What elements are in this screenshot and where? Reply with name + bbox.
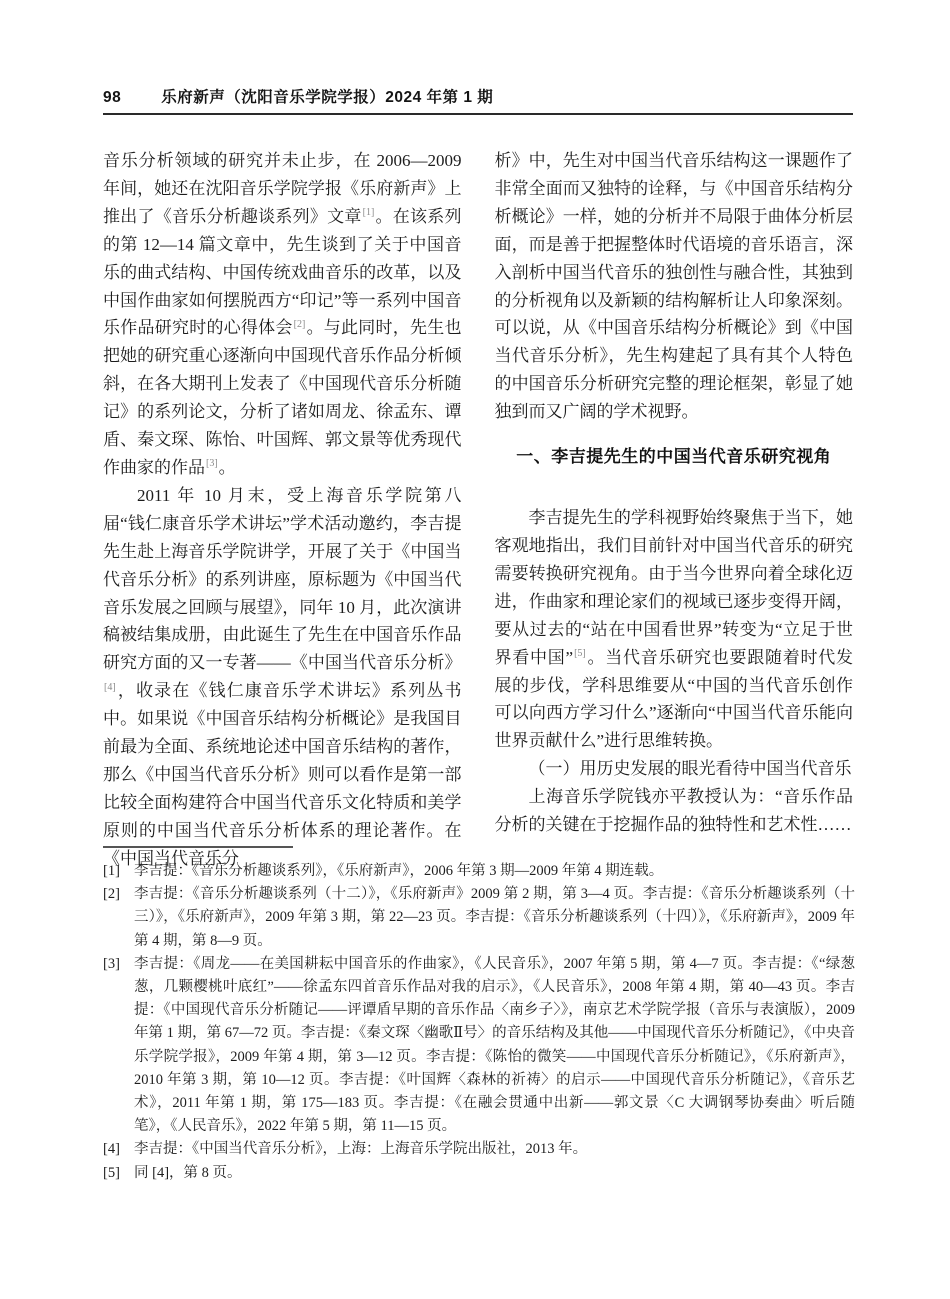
right-column: 析》中，先生对中国当代音乐结构这一课题作了非常全面而又独特的诠释，与《中国音乐结… <box>495 147 854 873</box>
footnote-marker: [4] <box>103 1138 120 1161</box>
footnote-item: [1] 李吉提：《音乐分析趣谈系列》，《乐府新声》，2006 年第 3 期—20… <box>103 860 855 883</box>
article-body: 音乐分析领域的研究并未止步，在 2006—2009 年间，她还在沈阳音乐学院学报… <box>103 147 853 873</box>
left-column: 音乐分析领域的研究并未止步，在 2006—2009 年间，她还在沈阳音乐学院学报… <box>103 147 462 873</box>
journal-page: 98 乐府新声（沈阳音乐学院学报）2024 年第 1 期 音乐分析领域的研究并未… <box>0 0 950 1299</box>
footnote-text: 李吉提：《中国当代音乐分析》，上海：上海音乐学院出版社，2013 年。 <box>134 1141 587 1157</box>
footnote-text: 李吉提：《音乐分析趣谈系列（十二）》，《乐府新声》2009 第 2 期，第 3—… <box>134 886 855 948</box>
page-header: 98 乐府新声（沈阳音乐学院学报）2024 年第 1 期 <box>103 85 853 107</box>
citation-superscript: [2] <box>293 319 307 330</box>
paragraph: 李吉提先生的学科视野始终聚焦于当下，她客观地指出，我们目前针对中国当代音乐的研究… <box>495 504 854 755</box>
footnote-marker: [3] <box>103 953 120 976</box>
footnote-text: 李吉提：《音乐分析趣谈系列》，《乐府新声》，2006 年第 3 期—2009 年… <box>134 863 663 879</box>
footnote-item: [5] 同 [4]，第 8 页。 <box>103 1162 855 1185</box>
section-heading: 一、李吉提先生的中国当代音乐研究视角 <box>495 443 854 471</box>
header-rule <box>103 113 853 115</box>
citation-superscript: [5] <box>573 648 587 659</box>
footnote-separator <box>103 846 293 848</box>
citation-superscript: [3] <box>205 458 219 469</box>
paragraph: 上海音乐学院钱亦平教授认为：“音乐作品分析的关键在于挖掘作品的独特性和艺术性…… <box>495 783 854 839</box>
footnote-marker: [2] <box>103 883 120 906</box>
footnotes-section: [1] 李吉提：《音乐分析趣谈系列》，《乐府新声》，2006 年第 3 期—20… <box>103 846 855 1185</box>
citation-superscript: [4] <box>103 682 117 693</box>
paragraph: 2011 年 10 月末，受上海音乐学院第八届“钱仁康音乐学术讲坛”学术活动邀约… <box>103 482 462 873</box>
paragraph: 音乐分析领域的研究并未止步，在 2006—2009 年间，她还在沈阳音乐学院学报… <box>103 147 462 482</box>
page-number: 98 <box>103 89 121 107</box>
footnote-item: [4] 李吉提：《中国当代音乐分析》，上海：上海音乐学院出版社，2013 年。 <box>103 1138 855 1161</box>
footnote-item: [3] 李吉提：《周龙——在美国耕耘中国音乐的作曲家》，《人民音乐》，2007 … <box>103 953 855 1139</box>
sub-section-heading: （一）用历史发展的眼光看待中国当代音乐 <box>495 755 854 783</box>
footnote-marker: [5] <box>103 1162 120 1185</box>
footnote-item: [2] 李吉提：《音乐分析趣谈系列（十二）》，《乐府新声》2009 第 2 期，… <box>103 883 855 953</box>
footnote-text: 同 [4]，第 8 页。 <box>134 1165 242 1181</box>
footnote-text: 李吉提：《周龙——在美国耕耘中国音乐的作曲家》，《人民音乐》，2007 年第 5… <box>134 956 855 1134</box>
footnote-marker: [1] <box>103 860 120 883</box>
paragraph: 析》中，先生对中国当代音乐结构这一课题作了非常全面而又独特的诠释，与《中国音乐结… <box>495 147 854 426</box>
journal-title: 乐府新声（沈阳音乐学院学报）2024 年第 1 期 <box>161 85 493 107</box>
citation-superscript: [1] <box>362 207 376 218</box>
